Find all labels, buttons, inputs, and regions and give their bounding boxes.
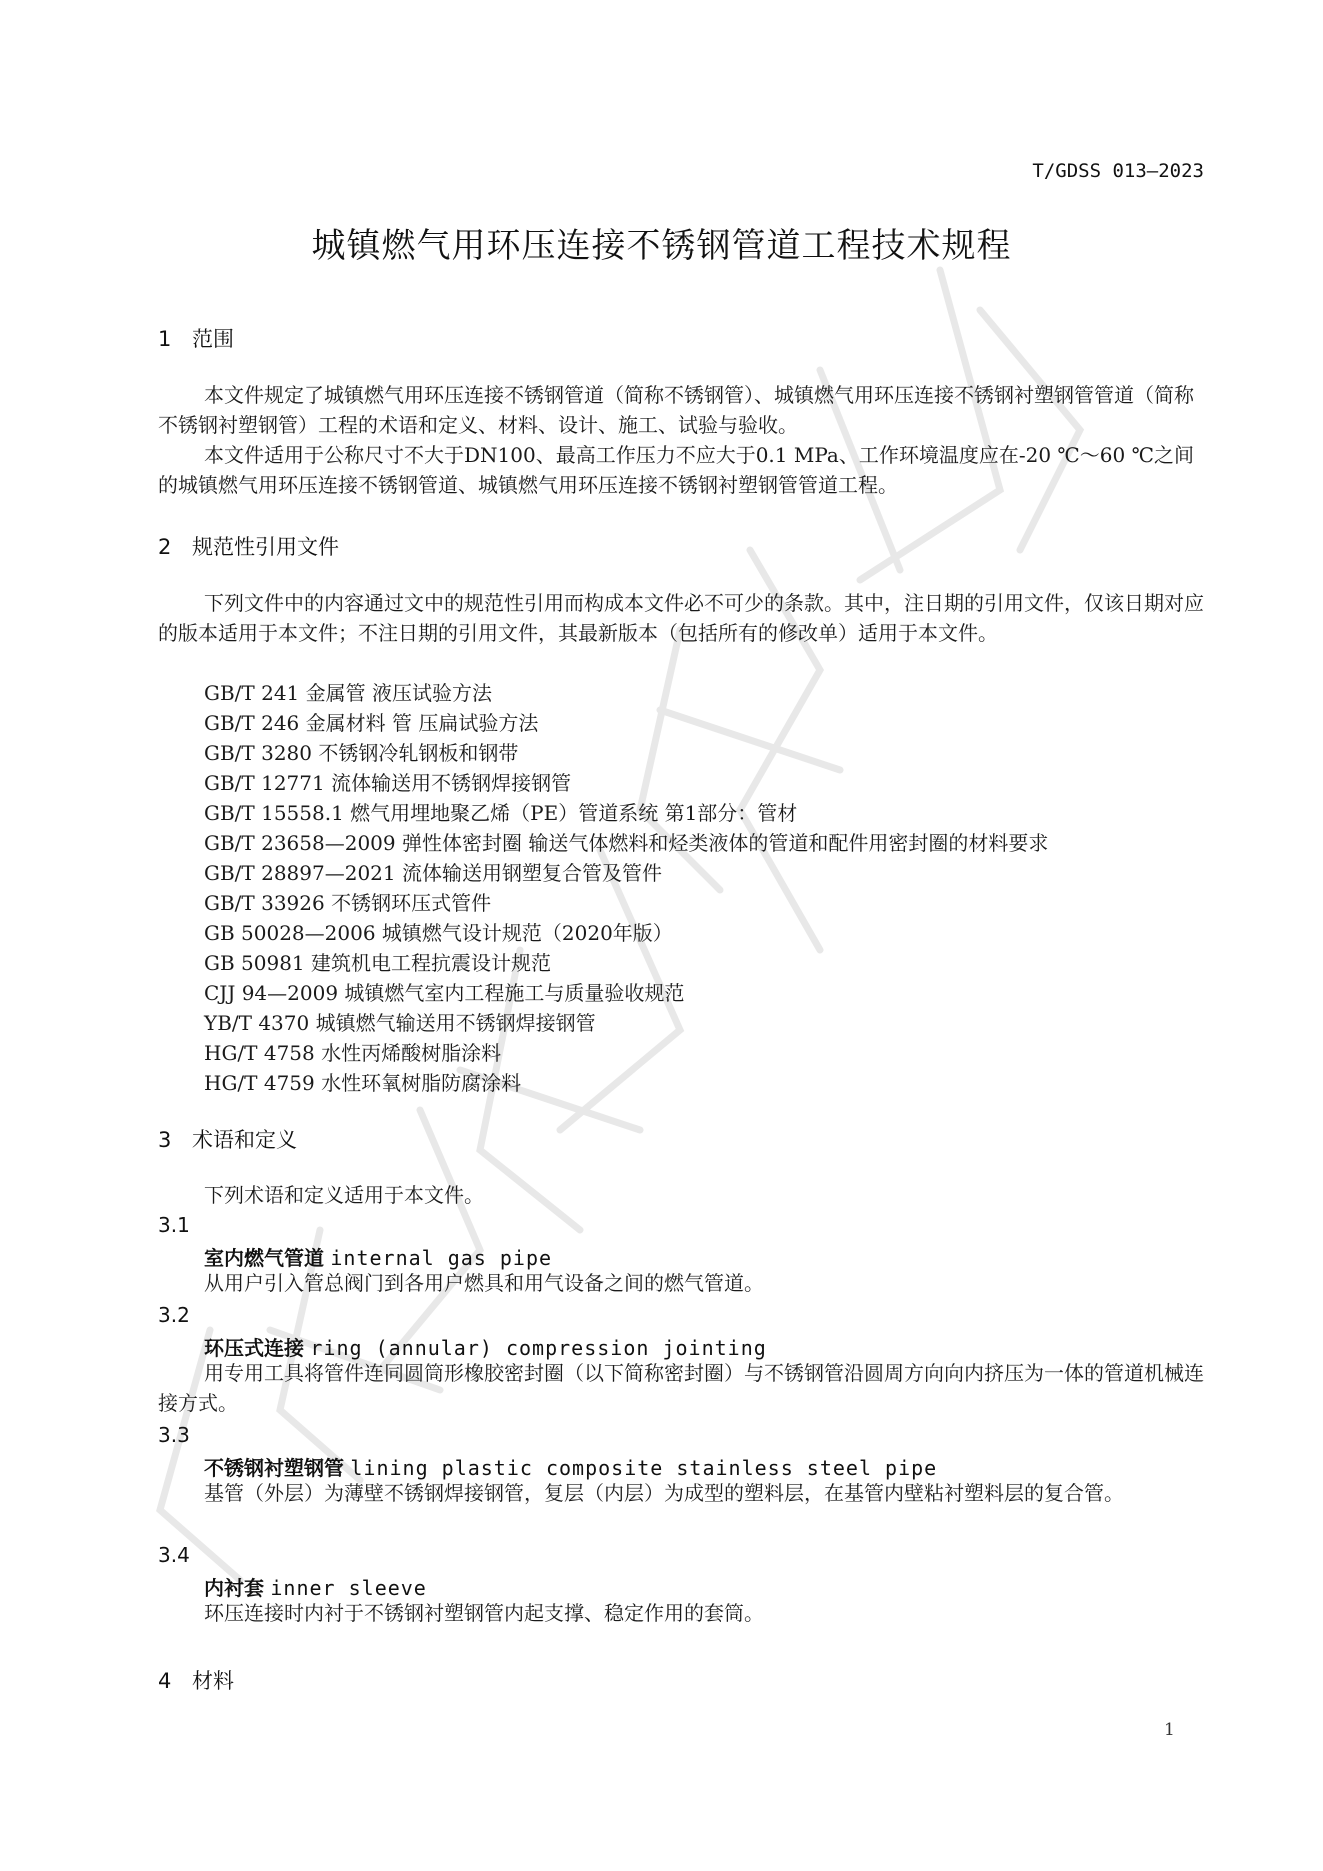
clause-number: 3.2	[158, 1303, 190, 1327]
term-heading: 不锈钢衬塑钢管 lining plastic composite stainle…	[204, 1452, 937, 1481]
document-page: T/GDSS 013—2023 城镇燃气用环压连接不锈钢管道工程技术规程 1范围…	[0, 0, 1323, 1871]
section-number: 1	[158, 327, 192, 351]
reference-item: GB 50028—2006 城镇燃气设计规范（2020年版）	[204, 918, 673, 948]
reference-item: HG/T 4759 水性环氧树脂防腐涂料	[204, 1068, 521, 1098]
references-intro: 下列文件中的内容通过文中的规范性引用而构成本文件必不可少的条款。其中，注日期的引…	[158, 588, 1204, 648]
term-english: inner sleeve	[270, 1576, 427, 1600]
term-chinese: 内衬套	[204, 1576, 264, 1600]
section-number: 2	[158, 535, 192, 559]
term-english: ring (annular) compression jointing	[310, 1336, 766, 1360]
reference-item: GB 50981 建筑机电工程抗震设计规范	[204, 948, 551, 978]
section-title: 术语和定义	[192, 1128, 297, 1152]
document-title: 城镇燃气用环压连接不锈钢管道工程技术规程	[0, 218, 1323, 267]
clause-number: 3.3	[158, 1423, 190, 1447]
reference-item: YB/T 4370 城镇燃气输送用不锈钢焊接钢管	[204, 1008, 596, 1038]
scope-paragraph-2: 本文件适用于公称尺寸不大于DN100、最高工作压力不应大于0.1 MPa、工作环…	[158, 440, 1204, 500]
term-chinese: 不锈钢衬塑钢管	[204, 1456, 344, 1480]
clause-number: 3.4	[158, 1543, 190, 1567]
term-heading: 内衬套 inner sleeve	[204, 1572, 427, 1601]
reference-item: GB/T 3280 不锈钢冷轧钢板和钢带	[204, 738, 518, 768]
term-definition: 环压连接时内衬于不锈钢衬塑钢管内起支撑、稳定作用的套筒。	[204, 1598, 1204, 1628]
term-english: lining plastic composite stainless steel…	[350, 1456, 937, 1480]
term-english: internal gas pipe	[330, 1246, 552, 1270]
terms-intro: 下列术语和定义适用于本文件。	[204, 1180, 1204, 1210]
term-chinese: 室内燃气管道	[204, 1246, 324, 1270]
reference-item: GB/T 241 金属管 液压试验方法	[204, 678, 492, 708]
section-number: 3	[158, 1128, 192, 1152]
document-code: T/GDSS 013—2023	[1032, 160, 1204, 182]
term-definition: 基管（外层）为薄壁不锈钢焊接钢管，复层（内层）为成型的塑料层，在基管内壁粘衬塑料…	[158, 1478, 1204, 1508]
section-number: 4	[158, 1669, 192, 1693]
section-heading-materials: 4材料	[158, 1665, 234, 1695]
page-number: 1	[1164, 1720, 1175, 1740]
reference-item: GB/T 15558.1 燃气用埋地聚乙烯（PE）管道系统 第1部分：管材	[204, 798, 797, 828]
section-heading-terms-definitions: 3术语和定义	[158, 1124, 297, 1154]
term-definition: 用专用工具将管件连同圆筒形橡胶密封圈（以下简称密封圈）与不锈钢管沿圆周方向向内挤…	[158, 1358, 1204, 1418]
reference-item: GB/T 246 金属材料 管 压扁试验方法	[204, 708, 538, 738]
clause-number: 3.1	[158, 1213, 190, 1237]
term-heading: 室内燃气管道 internal gas pipe	[204, 1242, 552, 1271]
reference-item: HG/T 4758 水性丙烯酸树脂涂料	[204, 1038, 501, 1068]
section-title: 规范性引用文件	[192, 535, 339, 559]
reference-item: GB/T 28897—2021 流体输送用钢塑复合管及管件	[204, 858, 662, 888]
reference-item: CJJ 94—2009 城镇燃气室内工程施工与质量验收规范	[204, 978, 684, 1008]
section-heading-normative-references: 2规范性引用文件	[158, 531, 339, 561]
term-definition: 从用户引入管总阀门到各用户燃具和用气设备之间的燃气管道。	[204, 1268, 1204, 1298]
scope-paragraph-1: 本文件规定了城镇燃气用环压连接不锈钢管道（简称不锈钢管）、城镇燃气用环压连接不锈…	[158, 380, 1204, 440]
term-chinese: 环压式连接	[204, 1336, 304, 1360]
term-heading: 环压式连接 ring (annular) compression jointin…	[204, 1332, 767, 1361]
reference-item: GB/T 12771 流体输送用不锈钢焊接钢管	[204, 768, 571, 798]
section-title: 范围	[192, 327, 234, 351]
reference-item: GB/T 23658—2009 弹性体密封圈 输送气体燃料和烃类液体的管道和配件…	[204, 828, 1048, 858]
reference-item: GB/T 33926 不锈钢环压式管件	[204, 888, 491, 918]
section-heading-scope: 1范围	[158, 323, 234, 353]
section-title: 材料	[192, 1669, 234, 1693]
